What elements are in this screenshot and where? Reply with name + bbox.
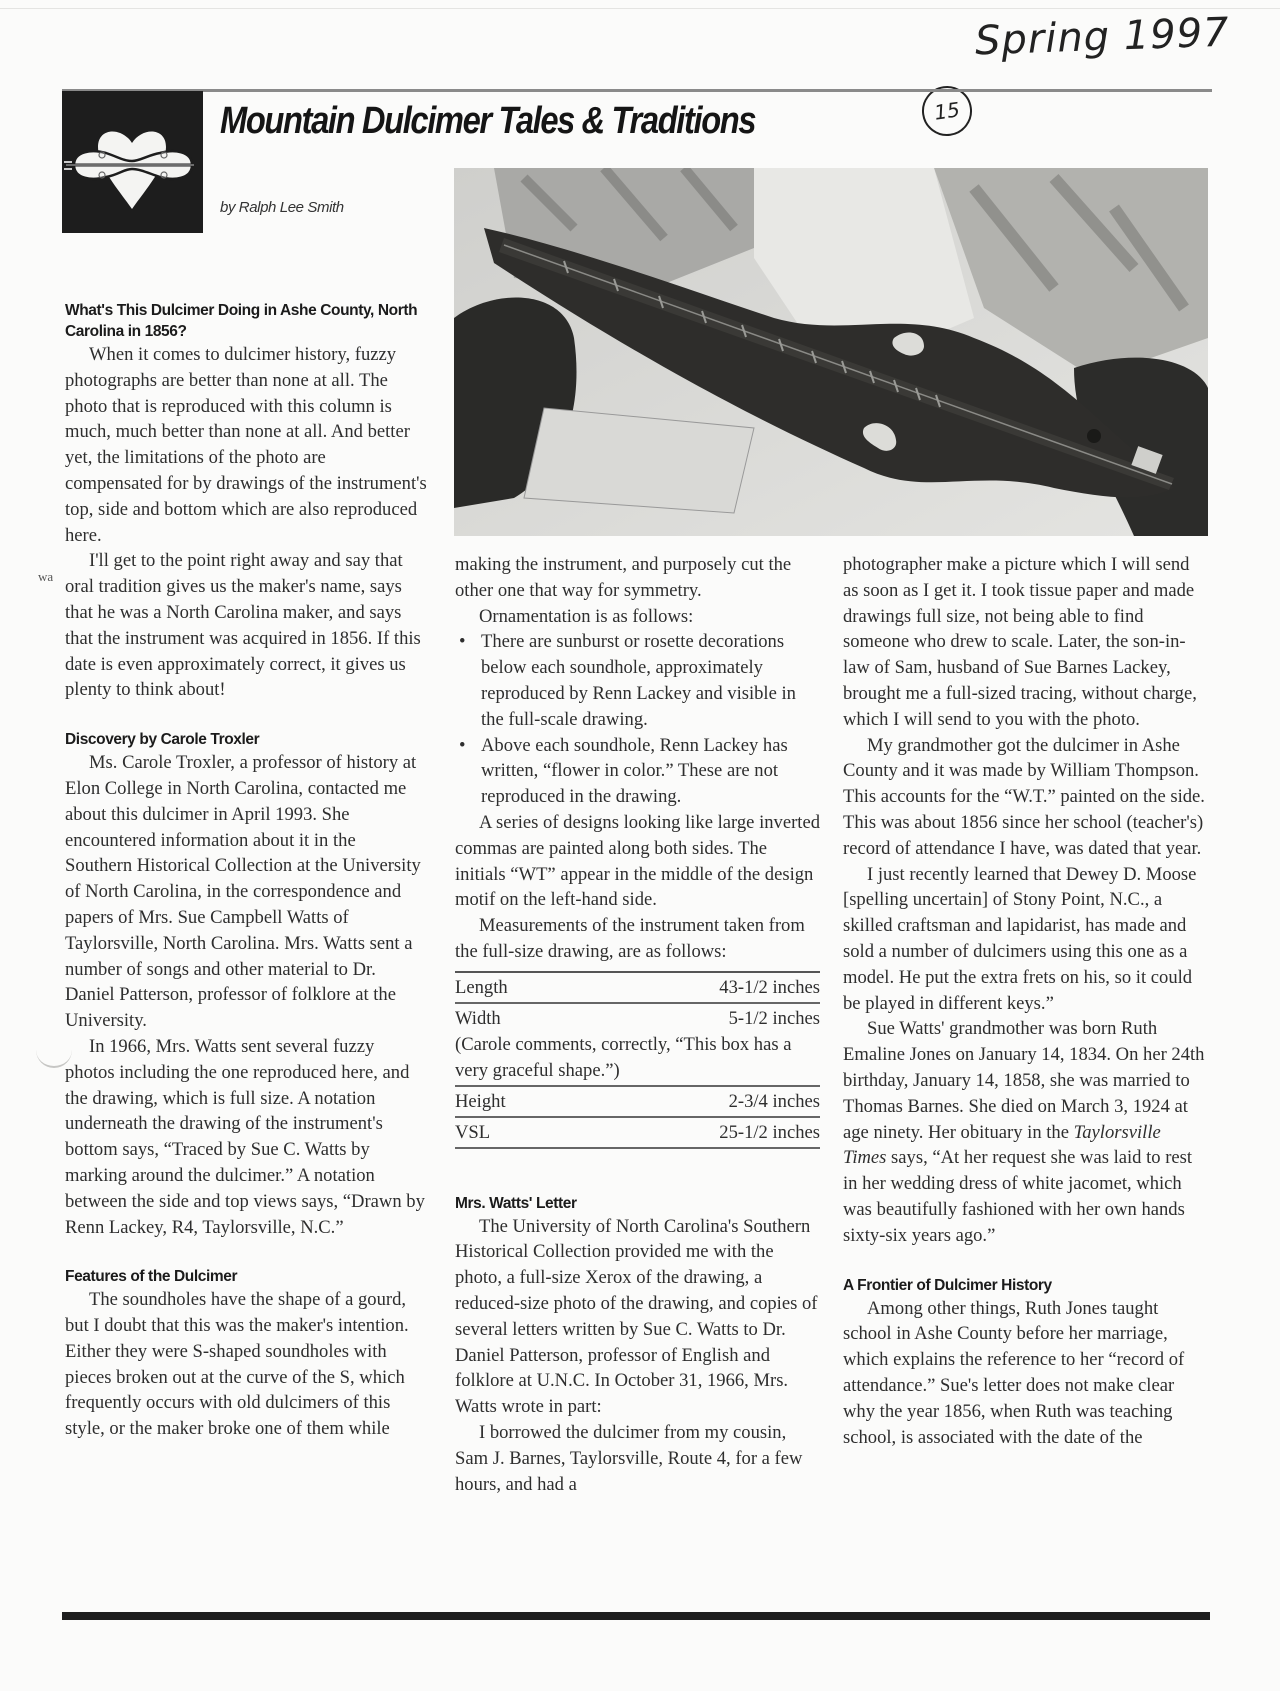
paragraph: Ornamentation is as follows:	[455, 604, 820, 630]
table-row: Length 43-1/2 inches	[455, 972, 820, 1003]
handwritten-date: Spring 1997	[974, 10, 1230, 65]
measurement-note: (Carole comments, correctly, “This box h…	[455, 1032, 820, 1086]
section-heading-ashe-county: What's This Dulcimer Doing in Ashe Count…	[65, 300, 427, 342]
measurement-value: 25-1/2 inches	[587, 1117, 820, 1148]
measurement-label: Width	[455, 1003, 587, 1033]
section-heading-discovery: Discovery by Carole Troxler	[65, 729, 427, 750]
paragraph: The soundholes have the shape of a gourd…	[65, 1287, 427, 1442]
margin-annotation: wa	[38, 569, 53, 585]
measurement-value: 2-3/4 inches	[587, 1086, 820, 1117]
column-left: What's This Dulcimer Doing in Ashe Count…	[65, 300, 427, 1442]
page-edge	[0, 8, 1280, 9]
paragraph: In 1966, Mrs. Watts sent several fuzzy p…	[65, 1034, 427, 1240]
list-item: Above each soundhole, Renn Lackey has wr…	[455, 733, 820, 810]
paragraph: I'll get to the point right away and say…	[65, 548, 427, 703]
section-heading-watts-letter: Mrs. Watts' Letter	[455, 1193, 820, 1214]
paragraph: Ms. Carole Troxler, a professor of histo…	[65, 750, 427, 1034]
page-number-text: 15	[933, 97, 962, 124]
section-heading-features: Features of the Dulcimer	[65, 1266, 427, 1287]
table-row: (Carole comments, correctly, “This box h…	[455, 1032, 820, 1086]
paragraph: I just recently learned that Dewey D. Mo…	[843, 862, 1208, 1017]
heart-dulcimer-logo-icon	[62, 91, 203, 233]
paragraph: making the instrument, and purposely cut…	[455, 552, 820, 604]
list-item: There are sunburst or rosette decoration…	[455, 629, 820, 732]
measurement-label: VSL	[455, 1117, 587, 1148]
column-logo	[62, 91, 203, 233]
measurement-value: 43-1/2 inches	[587, 972, 820, 1003]
dulcimer-photo	[454, 168, 1208, 536]
measurement-label: Height	[455, 1086, 587, 1117]
measurements-table: Length 43-1/2 inches Width 5-1/2 inches …	[455, 971, 820, 1149]
measurement-label: Length	[455, 972, 587, 1003]
paragraph: The University of North Carolina's South…	[455, 1214, 820, 1420]
paragraph: photographer make a picture which I will…	[843, 552, 1208, 733]
paragraph: When it comes to dulcimer history, fuzzy…	[65, 342, 427, 548]
paragraph-text: says, “At her request she was laid to re…	[843, 1147, 1192, 1245]
dulcimer-photo-image	[454, 168, 1208, 536]
paragraph: Among other things, Ruth Jones taught sc…	[843, 1296, 1208, 1451]
section-heading-frontier: A Frontier of Dulcimer History	[843, 1275, 1208, 1296]
table-row: VSL 25-1/2 inches	[455, 1117, 820, 1148]
column-middle: making the instrument, and purposely cut…	[455, 552, 820, 1497]
ornamentation-list: There are sunburst or rosette decoration…	[455, 629, 820, 810]
table-row: Width 5-1/2 inches	[455, 1003, 820, 1033]
paragraph: I borrowed the dulcimer from my cousin, …	[455, 1420, 820, 1497]
masthead-title: Mountain Dulcimer Tales & Traditions	[220, 100, 755, 143]
paragraph: My grandmother got the dulcimer in Ashe …	[843, 733, 1208, 862]
table-row: Height 2-3/4 inches	[455, 1086, 820, 1117]
header-rule	[62, 89, 1212, 92]
paragraph: A series of designs looking like large i…	[455, 810, 820, 913]
byline: by Ralph Lee Smith	[220, 199, 344, 216]
column-right: photographer make a picture which I will…	[843, 552, 1208, 1450]
paragraph: Sue Watts' grandmother was born Ruth Ema…	[843, 1016, 1208, 1248]
measurement-value: 5-1/2 inches	[587, 1003, 820, 1033]
footer-rule	[62, 1612, 1210, 1620]
paragraph: Measurements of the instrument taken fro…	[455, 913, 820, 965]
